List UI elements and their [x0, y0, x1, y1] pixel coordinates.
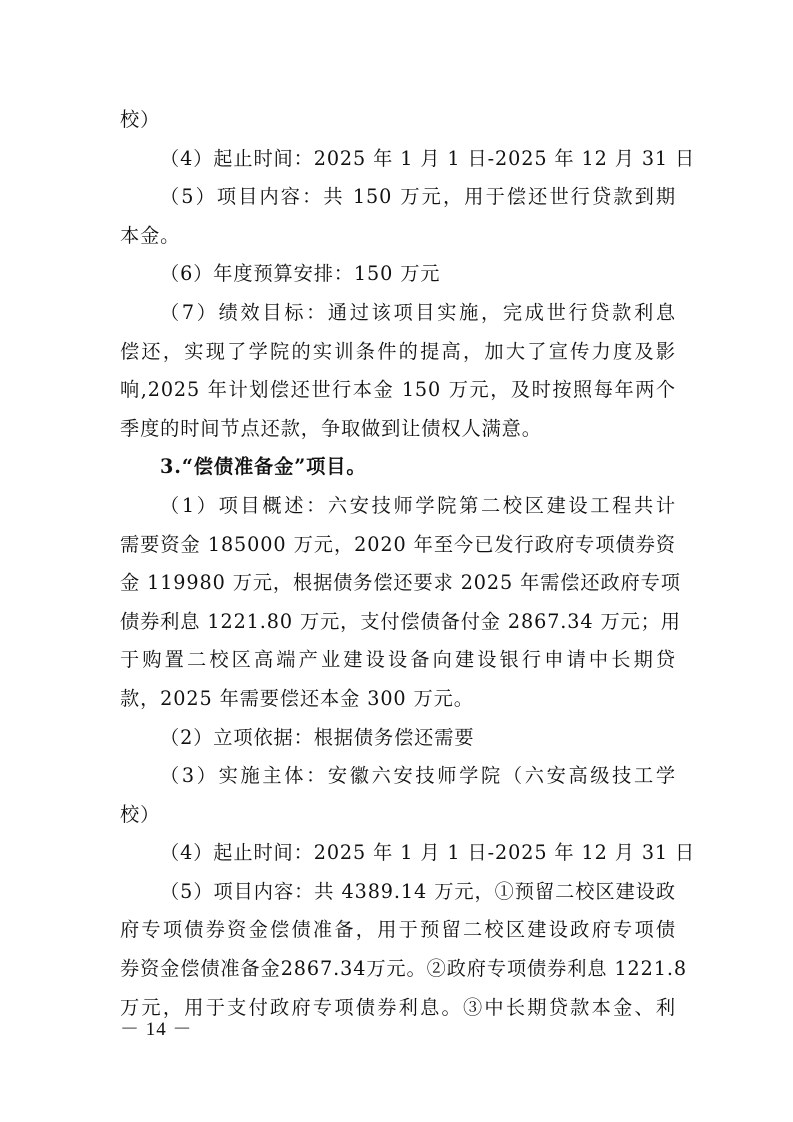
text-line: 季度的时间节点还款，争取做到让债权人满意。: [120, 410, 676, 449]
text-line: 万元，用于支付政府专项债券利息。③中长期贷款本金、利: [120, 989, 676, 1028]
text-line: （4）起止时间：2025 年 1 月 1 日-2025 年 12 月 31 日: [120, 834, 676, 873]
text-line: 校）: [120, 101, 676, 140]
page-number: － 14 －: [120, 1014, 193, 1041]
text-line: 府专项债券资金偿债准备，用于预留二校区建设政府专项债: [120, 911, 676, 950]
text-line: （1）项目概述：六安技师学院第二校区建设工程共计: [120, 487, 676, 526]
text-line: 于购置二校区高端产业建设设备向建设银行申请中长期贷: [120, 641, 676, 680]
text-line: 响,2025 年计划偿还世行本金 150 万元，及时按照每年两个: [120, 371, 676, 410]
text-line: 款，2025 年需要偿还本金 300 万元。: [120, 680, 676, 719]
document-body: 校） （4）起止时间：2025 年 1 月 1 日-2025 年 12 月 31…: [120, 101, 676, 1027]
text-line: （3）实施主体：安徽六安技师学院（六安高级技工学: [120, 757, 676, 796]
text-line: 本金。: [120, 217, 676, 256]
text-line: （6）年度预算安排：150 万元: [120, 255, 676, 294]
text-line: 债券利息 1221.80 万元，支付偿债备付金 2867.34 万元；用: [120, 603, 676, 642]
text-line: 偿还，实现了学院的实训条件的提高，加大了宣传力度及影: [120, 333, 676, 372]
text-line: 券资金偿债准备金2867.34万元。②政府专项债券利息 1221.8: [120, 950, 676, 989]
text-line: （5）项目内容：共 4389.14 万元，①预留二校区建设政: [120, 873, 676, 912]
text-line: 校）: [120, 796, 676, 835]
text-line: （7）绩效目标：通过该项目实施，完成世行贷款利息: [120, 294, 676, 333]
section-heading: 3.“偿债准备金”项目。: [120, 448, 676, 487]
text-line: 金 119980 万元，根据债务偿还要求 2025 年需偿还政府专项: [120, 564, 676, 603]
text-line: （5）项目内容：共 150 万元，用于偿还世行贷款到期: [120, 178, 676, 217]
text-line: 需要资金 185000 万元，2020 年至今已发行政府专项债券资: [120, 526, 676, 565]
text-line: （4）起止时间：2025 年 1 月 1 日-2025 年 12 月 31 日: [120, 140, 676, 179]
text-line: （2）立项依据：根据债务偿还需要: [120, 719, 676, 758]
